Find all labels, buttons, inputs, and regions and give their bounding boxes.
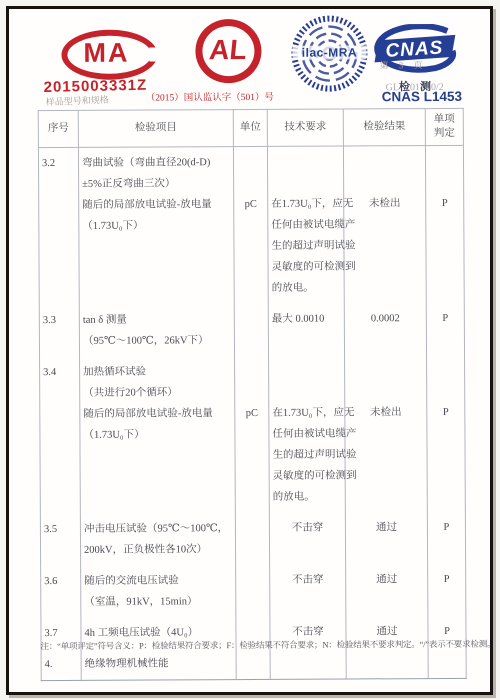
cell-serial-no: 3.5 [40,514,80,566]
column-header: 技术要求 [267,109,343,146]
cell-result: 通过 [346,564,428,616]
ilac-mra-label: ilac-MRA [292,45,366,59]
column-header: 序号 [38,110,78,147]
cell-unit: pC [233,146,268,304]
cell-result: 未检出 [343,146,426,304]
cell-test-item: 弯曲试验（弯曲直径20(d-D)±5%正反弯曲三次）随后的局部放电试验-放电量（… [78,147,234,305]
cal-letters: AL [208,34,249,66]
cell-verdict: P [427,355,466,512]
column-header: 单位 [233,109,267,146]
cell-requirement: 最大 0.0010 [268,304,344,356]
sample-model-caption: 样品型号和规格 [45,93,108,109]
scanned-report-page: MA 2015003331Z 样品型号和规格 AL （2015）国认监认字（50… [6,6,493,695]
cell-serial-no: 3.6 [41,566,81,618]
cell-result: 未检出 [345,355,428,512]
cell-serial-no: 4. [41,649,81,681]
table-row: 4.绝缘物理机械性能 [41,647,466,681]
certification-header: MA 2015003331Z 样品型号和规格 AL （2015）国认监认字（50… [7,8,489,111]
cell-serial-no: 3.2 [38,147,79,305]
page-content: MA 2015003331Z 样品型号和规格 AL （2015）国认监认字（50… [7,8,492,694]
cell-requirement: 不击穿 [270,564,346,616]
cell-result: 通过 [345,512,427,564]
cell-test-item: 绝缘物理机械性能 [81,648,236,680]
cell-test-item: tan δ 测量（95℃～100℃，26kV下） [79,304,234,357]
table-row: 3.4加热循环试验（共进行20个循环）随后的局部放电试验-放电量（1.73U₀下… [40,355,466,514]
cal-certificate-caption: （2015）国认监认字（501）号 [146,89,274,104]
cal-accreditation-icon: AL [195,19,261,83]
cell-serial-no: 3.4 [40,357,81,514]
cell-verdict: P [425,145,464,303]
cell-verdict [428,647,466,679]
cell-result: 0.0002 [344,303,426,355]
cell-verdict: P [427,512,465,564]
ilac-mra-stamp-icon: ilac-MRA [290,14,368,92]
cnas-lab-number: CNAS L1453 [382,89,462,104]
cma-accreditation-icon: MA [61,29,157,80]
cell-serial-no: 3.3 [39,305,79,357]
cell-requirement [270,647,346,679]
cell-unit [235,513,269,565]
test-results-table: 序号检验项目单位技术要求检验结果单项 判定 3.2弯曲试验（弯曲直径20(d-D… [38,108,467,681]
cell-unit [234,304,268,356]
cell-requirement: 不击穿 [269,513,345,565]
cma-c-opening [149,47,159,61]
cell-verdict: P [426,303,464,355]
column-header: 检验项目 [78,110,233,148]
column-header: 检验结果 [343,109,425,146]
cell-unit [236,648,270,680]
page-number-note: 第 3 页 [379,58,426,71]
cell-requirement: 在1.73U₀下，应无任何由被试电缆产生的超过声明试验灵敏度的可检测到的放电。 [267,146,344,304]
table-header: 序号检验项目单位技术要求检验结果单项 判定 [38,108,463,147]
table-row: 3.2弯曲试验（弯曲直径20(d-D)±5%正反弯曲三次）随后的局部放电试验-放… [38,145,464,305]
cell-test-item: 随后的交流电压试验（室温，91kV，15min） [81,565,236,618]
table-row: 3.6随后的交流电压试验（室温，91kV，15min） 不击穿通过P [41,564,466,618]
table-row: 3.3tan δ 测量（95℃～100℃，26kV下） 最大 0.00100.0… [39,303,464,357]
table-row: 3.5冲击电压试验（95℃～100℃，200kV，正负极性各10次） 不击穿通过… [40,512,465,566]
cell-unit: pC [235,356,270,513]
cell-requirement: 在1.73U₀下，应无任何由被试电缆产生的超过声明试验灵敏度的可检测到的放电。 [269,356,346,513]
cell-test-item: 加热循环试验（共进行20个循环）随后的局部放电试验-放电量（1.73U₀下） [80,356,236,514]
cma-letters: MA [83,38,129,69]
column-header: 单项 判定 [425,108,463,145]
footnote: 注：“单项评定”符号含义：P：检验结果符合要求；F：检验结果不符合要求；N：检验… [41,638,481,652]
cell-result [346,647,428,679]
cell-unit [236,565,270,617]
cell-verdict: P [428,564,466,616]
cell-test-item: 冲击电压试验（95℃～100℃，200kV，正负极性各10次） [80,513,235,566]
